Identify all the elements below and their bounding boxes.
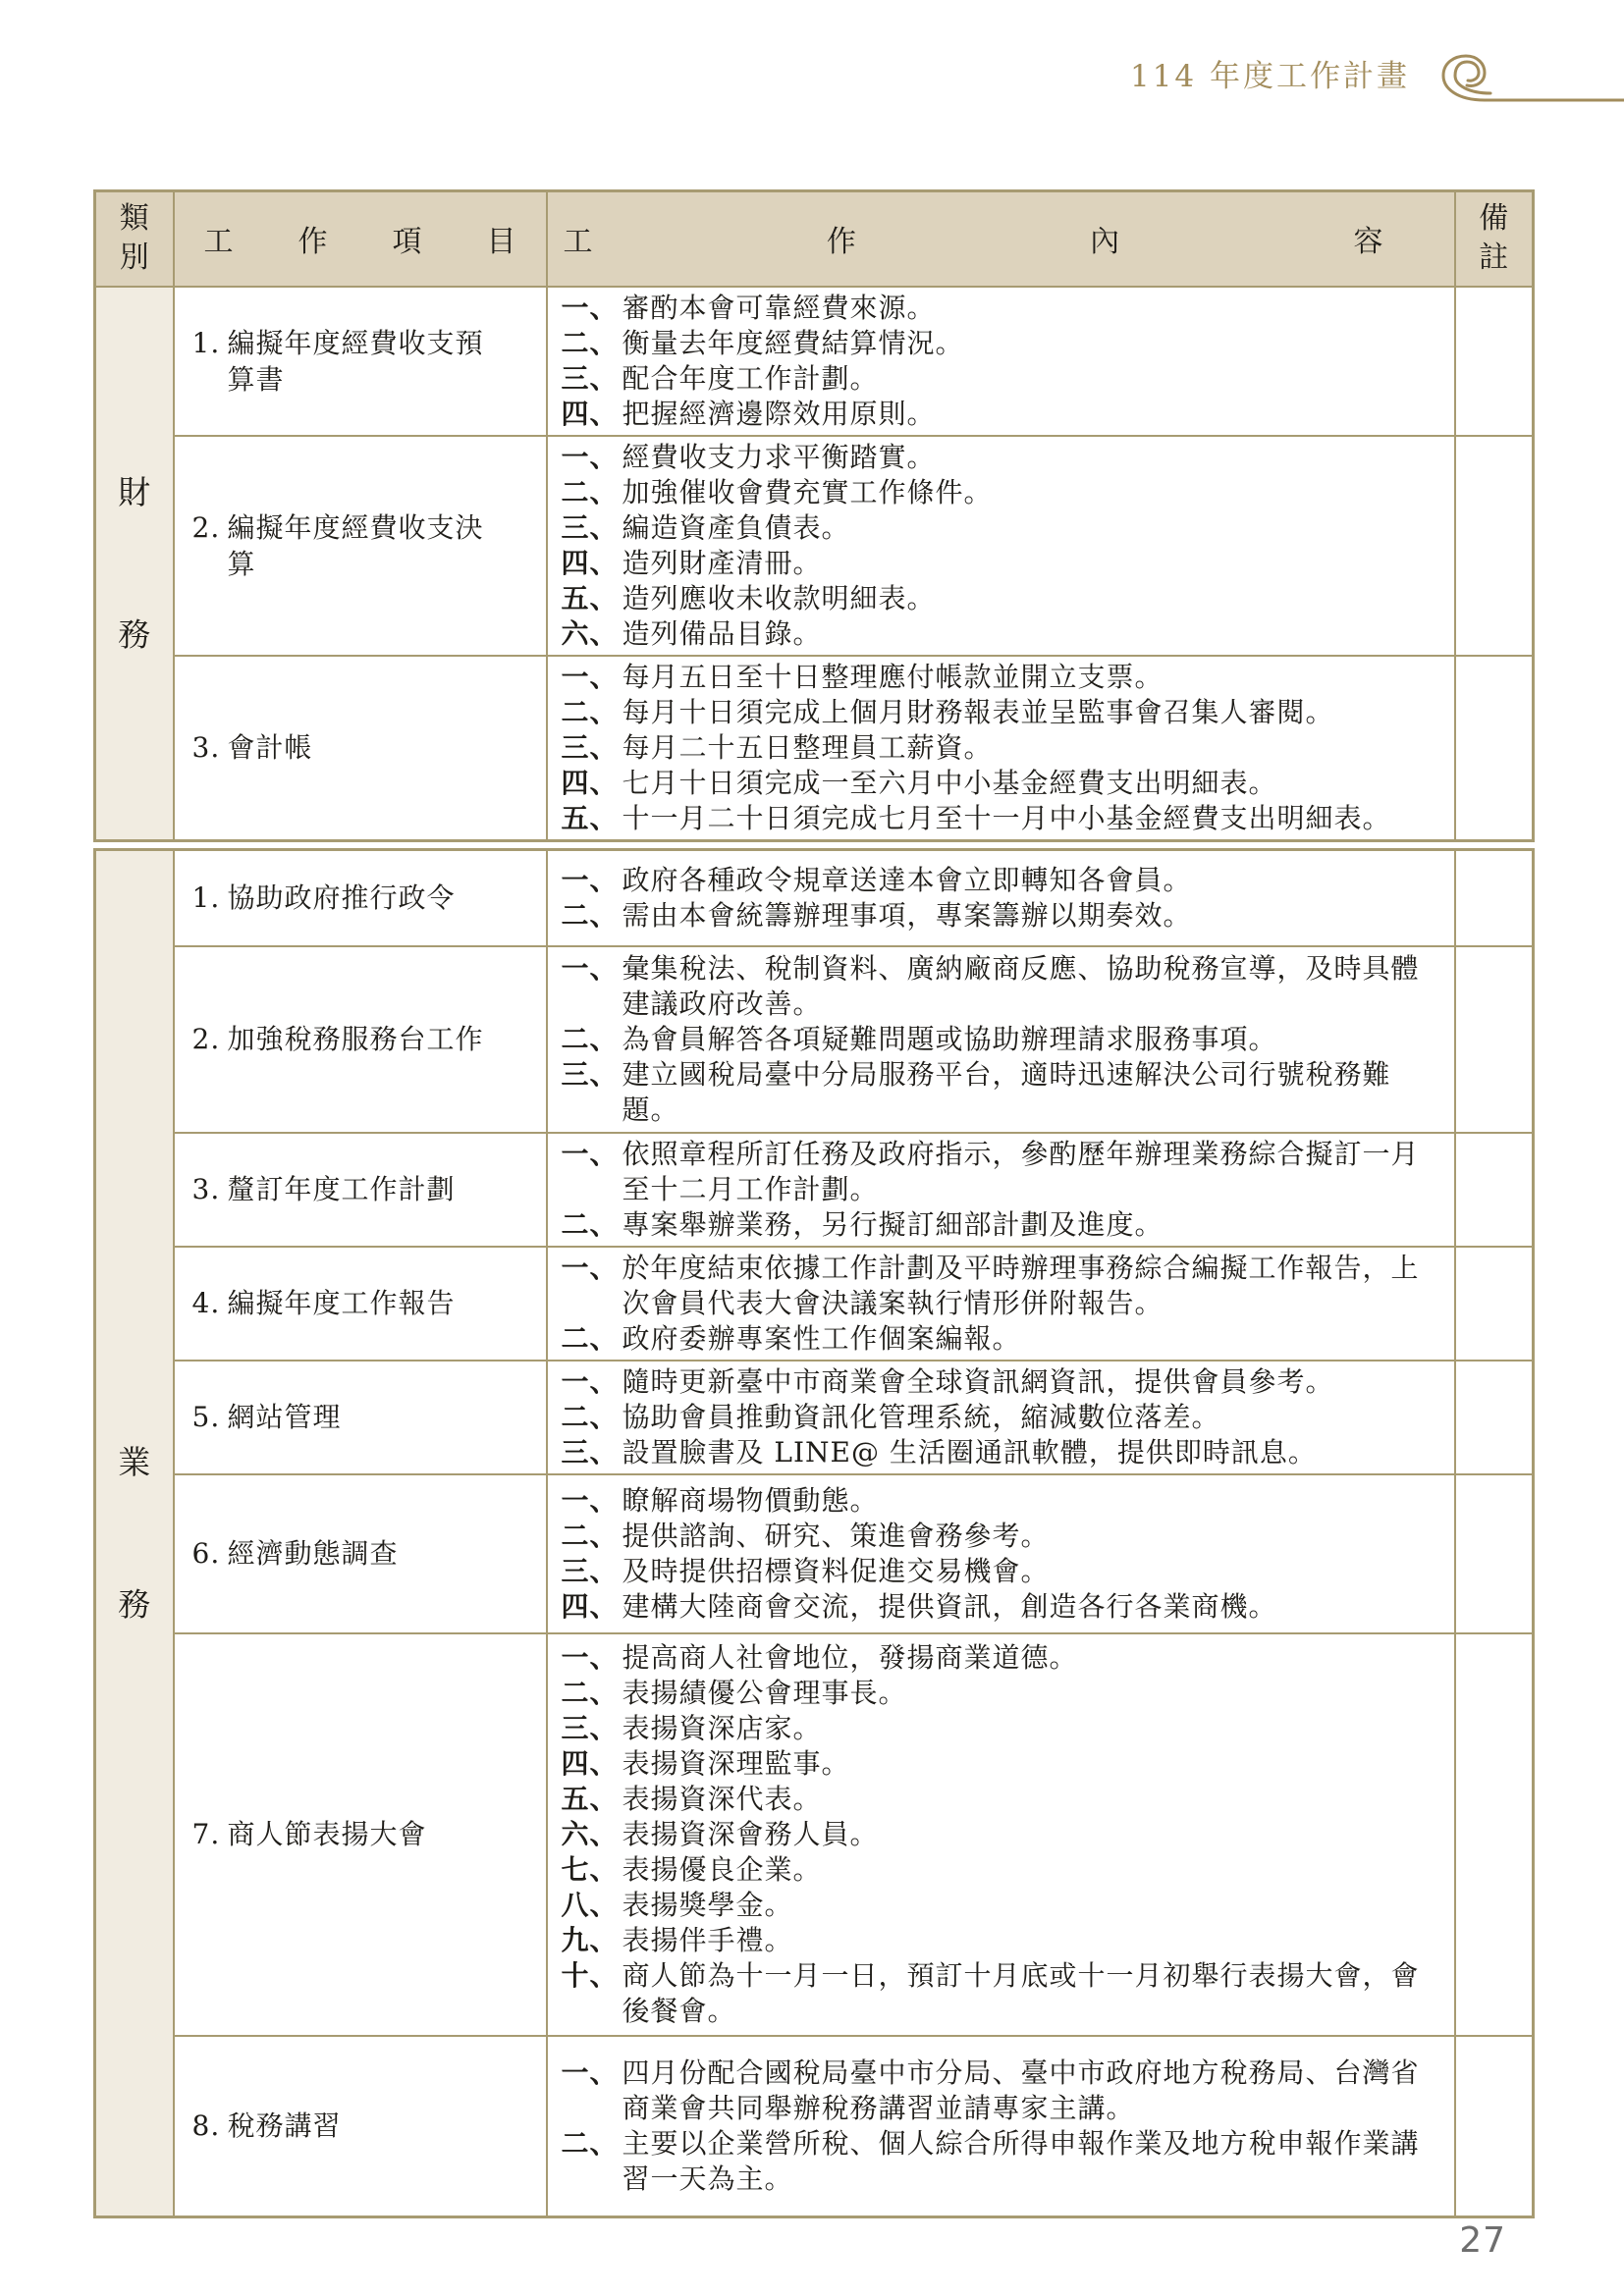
content-line-number: 六、 <box>562 1817 623 1852</box>
content-line-text: 加強催收會費充實工作條件。 <box>623 475 1429 510</box>
note-cell <box>1455 1361 1534 1474</box>
content-line-number: 十、 <box>562 1958 623 2029</box>
work-content-cell: 一、瞭解商場物價動態。 二、提供諮詢、研究、策進會務參考。 三、及時提供招標資料… <box>547 1474 1455 1633</box>
col-header-category: 類別 <box>95 191 174 287</box>
content-line-number: 二、 <box>562 898 623 934</box>
content-line-text: 設置臉書及 LINE@ 生活圈通訊軟體，提供即時訊息。 <box>623 1435 1429 1470</box>
content-line-number: 一、 <box>562 1640 623 1676</box>
content-line-text: 每月十日須完成上個月財務報表並呈監事會召集人審閱。 <box>623 695 1429 730</box>
content-line-number: 五、 <box>562 581 623 616</box>
note-cell <box>1455 946 1534 1133</box>
content-line-text: 表揚獎學金。 <box>623 1888 1429 1923</box>
content-line-number: 三、 <box>562 1711 623 1746</box>
table-row: 2.加強稅務服務台工作 一、彙集稅法、稅制資料、廣納廠商反應、協助稅務宣導，及時… <box>95 946 1534 1133</box>
content-line-text: 表揚資深會務人員。 <box>623 1817 1429 1852</box>
content-line-number: 二、 <box>562 1676 623 1711</box>
table-row: 財務 1.編擬年度經費收支預算書 一、審酌本會可靠經費來源。 二、衡量去年度經費… <box>95 287 1534 436</box>
work-item-cell: 6.經濟動態調查 <box>174 1474 547 1633</box>
content-line-text: 表揚資深店家。 <box>623 1711 1429 1746</box>
document-page: 114 年度工作計畫 類別 工作項目 工作內容 備註 財務 1.編擬年度經費收支… <box>0 0 1624 2296</box>
content-line-text: 七月十日須完成一至六月中小基金經費支出明細表。 <box>623 766 1429 801</box>
table-section-business: 業務 1.協助政府推行政令 一、政府各種政令規章送達本會立即轉知各會員。 二、需… <box>93 848 1535 2218</box>
work-item-cell: 3.釐訂年度工作計劃 <box>174 1133 547 1247</box>
content-line-number: 四、 <box>562 766 623 801</box>
content-line-text: 把握經濟邊際效用原則。 <box>623 397 1429 432</box>
work-content-cell: 一、提高商人社會地位，發揚商業道德。 二、表揚績優公會理事長。 三、表揚資深店家… <box>547 1633 1455 2036</box>
content-line-text: 商人節為十一月一日，預訂十月底或十一月初舉行表揚大會，會後餐會。 <box>623 1958 1429 2029</box>
work-content-cell: 一、彙集稅法、稅制資料、廣納廠商反應、協助稅務宣導，及時具體建議政府改善。 二、… <box>547 946 1455 1133</box>
work-plan-table: 類別 工作項目 工作內容 備註 財務 1.編擬年度經費收支預算書 一、審酌本會可… <box>93 189 1532 2218</box>
content-line-number: 二、 <box>562 1519 623 1554</box>
note-cell <box>1455 287 1534 436</box>
content-line-number: 二、 <box>562 1321 623 1357</box>
content-line-number: 三、 <box>562 510 623 546</box>
item-number: 2. <box>192 1021 228 1057</box>
content-line-text: 十一月二十日須完成七月至十一月中小基金經費支出明細表。 <box>623 801 1429 836</box>
content-line-text: 審酌本會可靠經費來源。 <box>623 291 1429 326</box>
table-section-finance: 類別 工作項目 工作內容 備註 財務 1.編擬年度經費收支預算書 一、審酌本會可… <box>93 189 1535 842</box>
item-label: 商人節表揚大會 <box>228 1816 491 1852</box>
content-line-text: 造列應收未收款明細表。 <box>623 581 1429 616</box>
category-cell-business: 業務 <box>95 850 174 2217</box>
work-content-cell: 一、每月五日至十日整理應付帳款並開立支票。 二、每月十日須完成上個月財務報表並呈… <box>547 656 1455 841</box>
content-line-number: 五、 <box>562 1782 623 1817</box>
content-line-number: 一、 <box>562 1364 623 1400</box>
category-label: 業務 <box>117 1391 152 1676</box>
category-cell-finance: 財務 <box>95 287 174 841</box>
content-line-number: 一、 <box>562 951 623 1022</box>
content-line-text: 依照章程所訂任務及政府指示，參酌歷年辦理業務綜合擬訂一月至十二月工作計劃。 <box>623 1137 1429 1207</box>
item-number: 5. <box>192 1399 228 1435</box>
item-label: 編擬年度工作報告 <box>228 1285 491 1321</box>
page-title: 114 年度工作計畫 <box>1130 51 1410 95</box>
item-number: 6. <box>192 1535 228 1572</box>
content-line-number: 二、 <box>562 695 623 730</box>
content-line-text: 彙集稅法、稅制資料、廣納廠商反應、協助稅務宣導，及時具體建議政府改善。 <box>623 951 1429 1022</box>
work-item-cell: 7.商人節表揚大會 <box>174 1633 547 2036</box>
item-number: 8. <box>192 2108 228 2144</box>
content-line-number: 四、 <box>562 397 623 432</box>
work-content-cell: 一、於年度結束依據工作計劃及平時辦理事務綜合編擬工作報告，上次會員代表大會決議案… <box>547 1247 1455 1361</box>
work-item-cell: 1.協助政府推行政令 <box>174 850 547 946</box>
table-row: 6.經濟動態調查 一、瞭解商場物價動態。 二、提供諮詢、研究、策進會務參考。 三… <box>95 1474 1534 1633</box>
col-header-category-label: 類別 <box>118 199 152 279</box>
content-line-number: 三、 <box>562 361 623 397</box>
content-line-text: 提高商人社會地位，發揚商業道德。 <box>623 1640 1429 1676</box>
col-header-note-label: 備註 <box>1477 199 1511 279</box>
content-line-text: 政府委辦專案性工作個案編報。 <box>623 1321 1429 1357</box>
content-line-number: 二、 <box>562 2126 623 2197</box>
content-line-number: 二、 <box>562 1400 623 1435</box>
content-line-text: 建立國稅局臺中分局服務平台，適時迅速解決公司行號稅務難題。 <box>623 1057 1429 1128</box>
content-line-text: 每月五日至十日整理應付帳款並開立支票。 <box>623 660 1429 695</box>
content-line-text: 協助會員推動資訊化管理系統，縮減數位落差。 <box>623 1400 1429 1435</box>
work-item-cell: 1.編擬年度經費收支預算書 <box>174 287 547 436</box>
content-line-text: 造列財產清冊。 <box>623 546 1429 581</box>
item-number: 7. <box>192 1816 228 1852</box>
content-line-number: 三、 <box>562 1435 623 1470</box>
content-line-text: 政府各種政令規章送達本會立即轉知各會員。 <box>623 863 1429 898</box>
content-line-text: 建構大陸商會交流，提供資訊，創造各行各業商機。 <box>623 1589 1429 1625</box>
item-number: 3. <box>192 729 228 766</box>
note-cell <box>1455 1133 1534 1247</box>
category-label: 財務 <box>117 421 152 706</box>
note-cell <box>1455 2036 1534 2217</box>
content-line-number: 四、 <box>562 546 623 581</box>
content-line-text: 為會員解答各項疑難問題或協助辦理請求服務事項。 <box>623 1022 1429 1057</box>
table-row: 3.釐訂年度工作計劃 一、依照章程所訂任務及政府指示，參酌歷年辦理業務綜合擬訂一… <box>95 1133 1534 1247</box>
content-line-text: 及時提供招標資料促進交易機會。 <box>623 1554 1429 1589</box>
content-line-number: 五、 <box>562 801 623 836</box>
content-line-number: 一、 <box>562 440 623 475</box>
content-line-text: 每月二十五日整理員工薪資。 <box>623 730 1429 766</box>
item-label: 協助政府推行政令 <box>228 880 491 916</box>
note-cell <box>1455 1247 1534 1361</box>
content-line-text: 編造資產負債表。 <box>623 510 1429 546</box>
content-line-number: 三、 <box>562 730 623 766</box>
content-line-number: 一、 <box>562 291 623 326</box>
table-row: 業務 1.協助政府推行政令 一、政府各種政令規章送達本會立即轉知各會員。 二、需… <box>95 850 1534 946</box>
content-line-text: 需由本會統籌辦理事項，專案籌辦以期奏效。 <box>623 898 1429 934</box>
item-number: 1. <box>192 880 228 916</box>
content-line-text: 於年度結束依據工作計劃及平時辦理事務綜合編擬工作報告，上次會員代表大會決議案執行… <box>623 1251 1429 1321</box>
content-line-number: 一、 <box>562 1137 623 1207</box>
item-number: 3. <box>192 1171 228 1207</box>
work-content-cell: 一、隨時更新臺中市商業會全球資訊網資訊，提供會員參考。 二、協助會員推動資訊化管… <box>547 1361 1455 1474</box>
col-header-item-label: 工作項目 <box>175 217 546 260</box>
content-line-number: 二、 <box>562 475 623 510</box>
item-label: 稅務講習 <box>228 2108 491 2144</box>
content-line-number: 一、 <box>562 660 623 695</box>
item-number: 2. <box>192 509 228 582</box>
content-line-number: 一、 <box>562 1251 623 1321</box>
content-line-number: 七、 <box>562 1852 623 1888</box>
table-row: 4.編擬年度工作報告 一、於年度結束依據工作計劃及平時辦理事務綜合編擬工作報告，… <box>95 1247 1534 1361</box>
content-line-text: 表揚優良企業。 <box>623 1852 1429 1888</box>
table-row: 3.會計帳 一、每月五日至十日整理應付帳款並開立支票。 二、每月十日須完成上個月… <box>95 656 1534 841</box>
table-row: 5.網站管理 一、隨時更新臺中市商業會全球資訊網資訊，提供會員參考。 二、協助會… <box>95 1361 1534 1474</box>
item-label: 編擬年度經費收支預算書 <box>228 325 491 398</box>
content-line-number: 三、 <box>562 1057 623 1128</box>
note-cell <box>1455 656 1534 841</box>
work-item-cell: 2.加強稅務服務台工作 <box>174 946 547 1133</box>
content-line-number: 八、 <box>562 1888 623 1923</box>
content-line-number: 九、 <box>562 1923 623 1958</box>
item-number: 4. <box>192 1285 228 1321</box>
table-row: 8.稅務講習 一、四月份配合國稅局臺中市分局、臺中市政府地方稅務局、台灣省商業會… <box>95 2036 1534 2217</box>
item-label: 加強稅務服務台工作 <box>228 1021 491 1057</box>
item-label: 釐訂年度工作計劃 <box>228 1171 491 1207</box>
note-cell <box>1455 1633 1534 2036</box>
content-line-number: 四、 <box>562 1746 623 1782</box>
item-number: 1. <box>192 325 228 398</box>
page-number: 27 <box>1459 2220 1506 2261</box>
content-line-number: 二、 <box>562 1022 623 1057</box>
work-item-cell: 4.編擬年度工作報告 <box>174 1247 547 1361</box>
note-cell <box>1455 436 1534 656</box>
item-label: 網站管理 <box>228 1399 491 1435</box>
work-content-cell: 一、審酌本會可靠經費來源。 二、衡量去年度經費結算情況。 三、配合年度工作計劃。… <box>547 287 1455 436</box>
work-content-cell: 一、四月份配合國稅局臺中市分局、臺中市政府地方稅務局、台灣省商業會共同舉辦稅務講… <box>547 2036 1455 2217</box>
content-line-text: 經費收支力求平衡踏實。 <box>623 440 1429 475</box>
content-line-text: 瞭解商場物價動態。 <box>623 1483 1429 1519</box>
work-item-cell: 3.會計帳 <box>174 656 547 841</box>
content-line-text: 提供諮詢、研究、策進會務參考。 <box>623 1519 1429 1554</box>
content-line-text: 四月份配合國稅局臺中市分局、臺中市政府地方稅務局、台灣省商業會共同舉辦稅務講習並… <box>623 2056 1429 2126</box>
note-cell <box>1455 850 1534 946</box>
item-label: 編擬年度經費收支決算 <box>228 509 491 582</box>
work-content-cell: 一、政府各種政令規章送達本會立即轉知各會員。 二、需由本會統籌辦理事項，專案籌辦… <box>547 850 1455 946</box>
scroll-icon <box>1416 49 1624 108</box>
table-header-row: 類別 工作項目 工作內容 備註 <box>95 191 1534 287</box>
work-item-cell: 2.編擬年度經費收支決算 <box>174 436 547 656</box>
col-header-content-label: 工作內容 <box>548 217 1454 260</box>
content-line-text: 表揚績優公會理事長。 <box>623 1676 1429 1711</box>
col-header-item: 工作項目 <box>174 191 547 287</box>
content-line-number: 四、 <box>562 1589 623 1625</box>
content-line-number: 三、 <box>562 1554 623 1589</box>
col-header-note: 備註 <box>1455 191 1534 287</box>
work-content-cell: 一、經費收支力求平衡踏實。 二、加強催收會費充實工作條件。 三、編造資產負債表。… <box>547 436 1455 656</box>
work-item-cell: 8.稅務講習 <box>174 2036 547 2217</box>
note-cell <box>1455 1474 1534 1633</box>
content-line-text: 表揚資深代表。 <box>623 1782 1429 1817</box>
content-line-text: 衡量去年度經費結算情況。 <box>623 326 1429 361</box>
work-item-cell: 5.網站管理 <box>174 1361 547 1474</box>
content-line-number: 六、 <box>562 616 623 652</box>
content-line-text: 表揚伴手禮。 <box>623 1923 1429 1958</box>
work-content-cell: 一、依照章程所訂任務及政府指示，參酌歷年辦理業務綜合擬訂一月至十二月工作計劃。 … <box>547 1133 1455 1247</box>
content-line-text: 主要以企業營所稅、個人綜合所得申報作業及地方稅申報作業講習一天為主。 <box>623 2126 1429 2197</box>
item-label: 會計帳 <box>228 729 491 766</box>
item-label: 經濟動態調查 <box>228 1535 491 1572</box>
content-line-number: 一、 <box>562 1483 623 1519</box>
content-line-number: 一、 <box>562 863 623 898</box>
content-line-text: 配合年度工作計劃。 <box>623 361 1429 397</box>
content-line-text: 表揚資深理監事。 <box>623 1746 1429 1782</box>
content-line-text: 隨時更新臺中市商業會全球資訊網資訊，提供會員參考。 <box>623 1364 1429 1400</box>
table-row: 7.商人節表揚大會 一、提高商人社會地位，發揚商業道德。 二、表揚績優公會理事長… <box>95 1633 1534 2036</box>
content-line-number: 二、 <box>562 326 623 361</box>
content-line-number: 一、 <box>562 2056 623 2126</box>
content-line-text: 專案舉辦業務，另行擬訂細部計劃及進度。 <box>623 1207 1429 1243</box>
content-line-number: 二、 <box>562 1207 623 1243</box>
table-row: 2.編擬年度經費收支決算 一、經費收支力求平衡踏實。 二、加強催收會費充實工作條… <box>95 436 1534 656</box>
col-header-content: 工作內容 <box>547 191 1455 287</box>
content-line-text: 造列備品目錄。 <box>623 616 1429 652</box>
